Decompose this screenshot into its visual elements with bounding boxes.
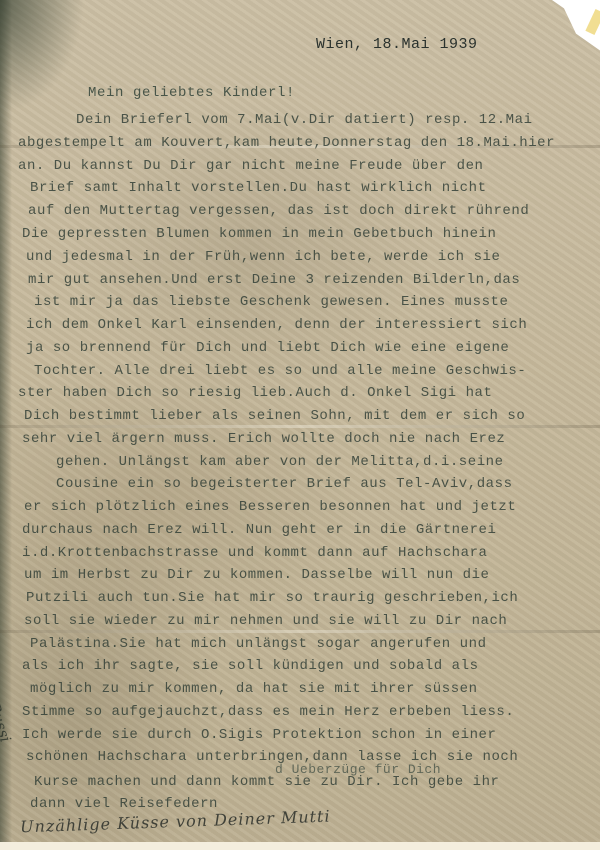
letter-line: mir gut ansehen.Und erst Deine 3 reizend… (28, 272, 520, 288)
letter-line: möglich zu mir kommen, da hat sie mit ih… (30, 681, 478, 697)
letter-date: Wien, 18.Mai 1939 (316, 36, 478, 53)
letter-line: Brief samt Inhalt vorstellen.Du hast wir… (30, 180, 487, 196)
letter-line: Dich bestimmt lieber als seinen Sohn, mi… (24, 408, 525, 424)
letter-line: Die gepressten Blumen kommen in mein Geb… (22, 226, 496, 242)
letter-line: soll sie wieder zu mir nehmen und sie wi… (24, 613, 507, 629)
letter-line: Cousine ein so begeisterter Brief aus Te… (56, 476, 513, 492)
letter-line: ja so brennend für Dich und liebt Dich w… (26, 340, 509, 356)
letter-salutation: Mein geliebtes Kinderl! (88, 85, 295, 101)
letter-line: Stimme so aufgejauchzt,dass es mein Herz… (22, 704, 514, 720)
typewritten-letter: Wien, 18.Mai 1939 Mein geliebtes Kinderl… (0, 0, 600, 850)
letter-line: als ich ihr sagte, sie soll kündigen und… (22, 658, 479, 674)
letter-line: er sich plötzlich eines Besseren besonne… (24, 499, 516, 515)
letter-line: auf den Muttertag vergessen, das ist doc… (28, 203, 529, 219)
letter-line: Palästina.Sie hat mich unlängst sogar an… (30, 636, 487, 652)
letter-line: sehr viel ärgern muss. Erich wollte doch… (22, 431, 505, 447)
letter-line: Dein Brieferl vom 7.Mai(v.Dir datiert) r… (76, 112, 533, 128)
letter-line: i.d.Krottenbachstrasse und kommt dann au… (22, 545, 487, 561)
letter-line: Putzili auch tun.Sie hat mir so traurig … (26, 590, 518, 606)
letter-line: gehen. Unlängst kam aber von der Melitta… (56, 454, 504, 470)
handwritten-margin-note: Bussi (0, 700, 15, 744)
letter-line: schönen Hachschara unterbringen,dann las… (26, 749, 518, 765)
letter-line: Tochter. Alle drei liebt es so und alle … (34, 363, 526, 379)
letter-line: ich dem Onkel Karl einsenden, denn der i… (26, 317, 527, 333)
interlinear-insertion: d Ueberzüge für Dich (275, 762, 441, 777)
letter-line: ster haben Dich so riesig lieb.Auch d. O… (18, 385, 492, 401)
letter-line: um im Herbst zu Dir zu kommen. Dasselbe … (24, 567, 489, 583)
letter-line: durchaus nach Erez will. Nun geht er in … (22, 522, 496, 538)
letter-line: ist mir ja das liebste Geschenk gewesen.… (34, 294, 508, 310)
letter-line: an. Du kannst Du Dir gar nicht meine Fre… (18, 158, 483, 174)
letter-line: Ich werde sie durch O.Sigis Protektion s… (22, 727, 496, 743)
letter-line: dann viel Reisefedern (30, 796, 218, 812)
letter-line: abgestempelt am Kouvert,kam heute,Donner… (18, 135, 555, 151)
letter-line: und jedesmal in der Früh,wenn ich bete, … (26, 249, 500, 265)
